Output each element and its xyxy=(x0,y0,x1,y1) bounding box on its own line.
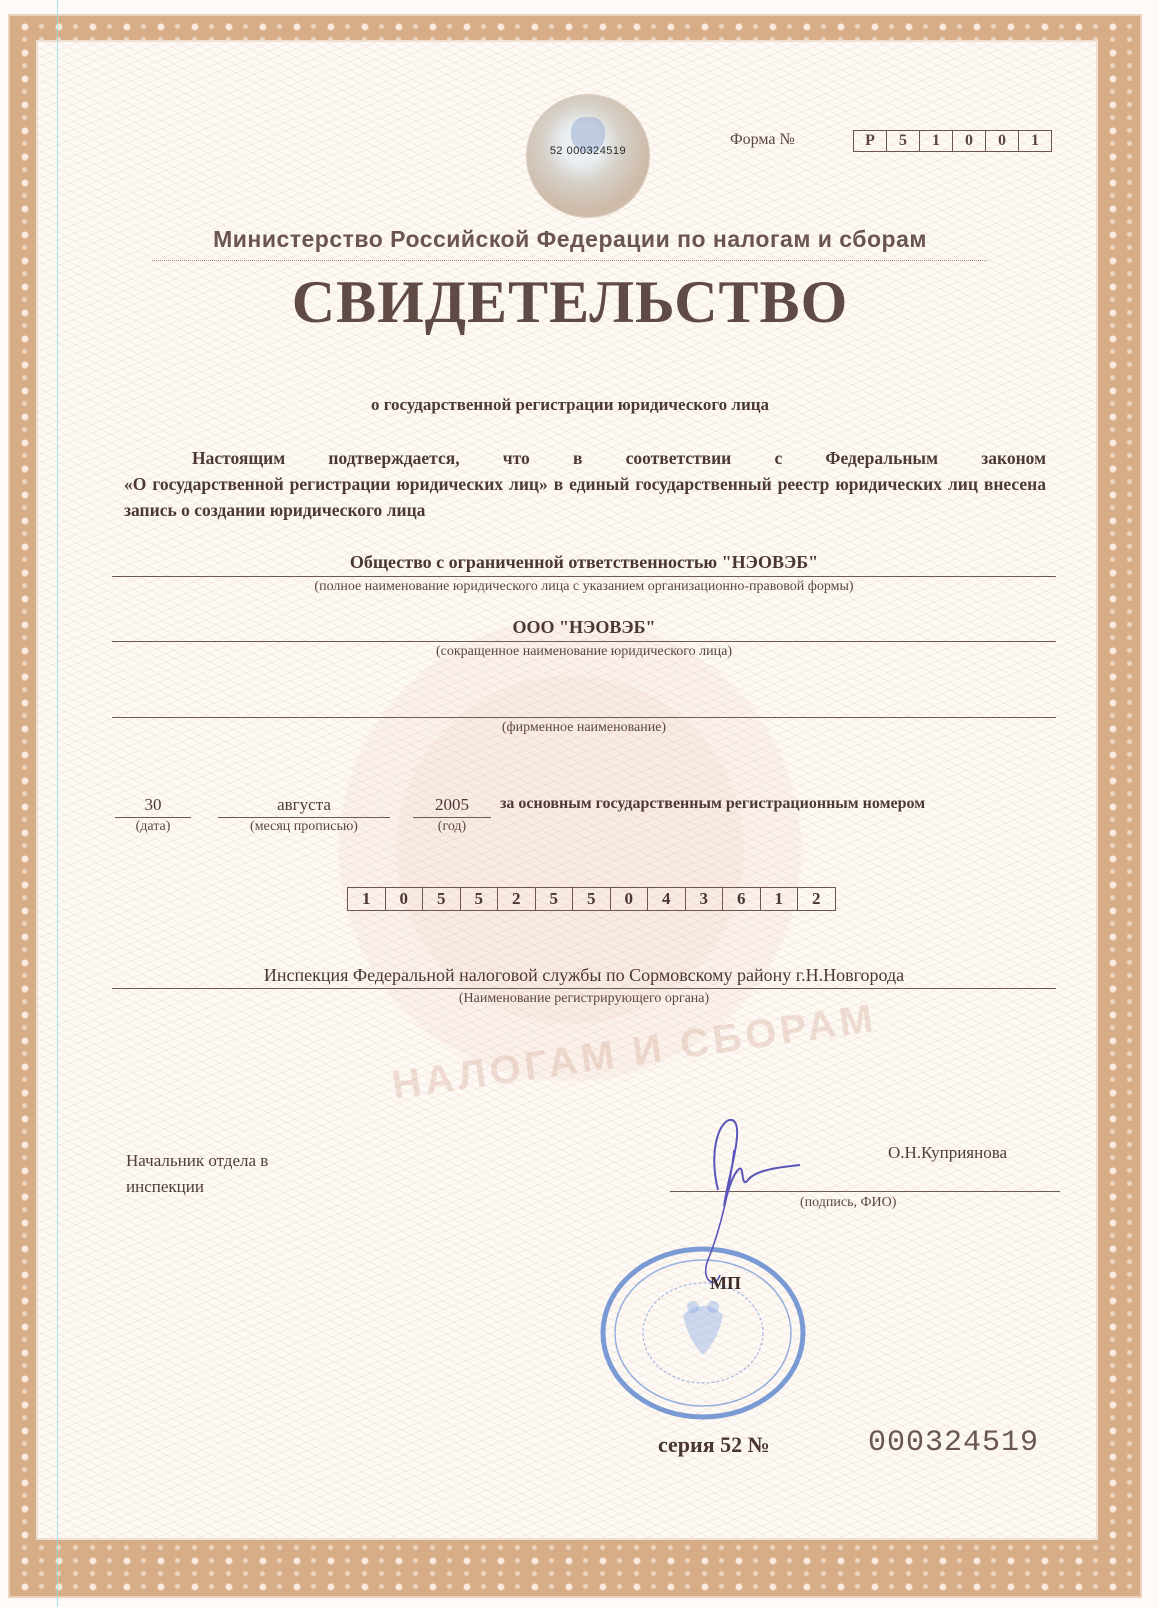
authority-name: Инспекция Федеральной налоговой службы п… xyxy=(112,965,1056,986)
ogrn-digit: 5 xyxy=(423,888,461,910)
ogrn-digit: 4 xyxy=(648,888,686,910)
date-month: августа (месяц прописью) xyxy=(218,795,390,835)
ministry-heading: Министерство Российской Федерации по нал… xyxy=(110,226,1030,253)
form-code-boxes: Р 5 1 0 0 1 xyxy=(853,130,1052,152)
month-value: августа xyxy=(218,795,390,815)
year-line xyxy=(413,817,491,818)
short-name-caption: (сокращенное наименование юридического л… xyxy=(112,644,1056,660)
series-label: серия 52 № xyxy=(658,1432,770,1458)
ogrn-digit: 2 xyxy=(498,888,536,910)
ogrn-digit: 2 xyxy=(798,888,835,910)
year-value: 2005 xyxy=(413,795,491,815)
date-year: 2005 (год) xyxy=(413,795,491,835)
full-name-field: Общество с ограниченной ответственностью… xyxy=(112,552,1056,595)
series-number: 000324519 xyxy=(868,1426,1039,1460)
year-caption: (год) xyxy=(413,819,491,835)
date-day: 30 (дата) xyxy=(115,795,191,835)
position-line-2: инспекции xyxy=(126,1174,268,1200)
position-line-1: Начальник отдела в xyxy=(126,1148,268,1174)
registering-authority: Инспекция Федеральной налоговой службы п… xyxy=(112,965,1056,1007)
brand-name-value xyxy=(112,693,1056,715)
ogrn-digit: 5 xyxy=(536,888,574,910)
ogrn-digit: 5 xyxy=(573,888,611,910)
signer-position: Начальник отдела в инспекции xyxy=(126,1148,268,1200)
month-caption: (месяц прописью) xyxy=(218,819,390,835)
ogrn-boxes: 1 0 5 5 2 5 5 0 4 3 6 1 2 xyxy=(347,887,836,911)
document-title: СВИДЕТЕЛЬСТВО xyxy=(100,268,1040,337)
short-name-line xyxy=(112,641,1056,642)
month-line xyxy=(218,817,390,818)
ogrn-digit: 1 xyxy=(348,888,386,910)
form-code-char: 1 xyxy=(1019,131,1051,151)
brand-name-caption: (фирменное наименование) xyxy=(112,720,1056,736)
ogrn-digit: 6 xyxy=(723,888,761,910)
brand-name-line xyxy=(112,717,1056,718)
signature-icon xyxy=(690,1110,810,1310)
signer-name: О.Н.Куприянова xyxy=(888,1143,1007,1163)
ogrn-digit: 5 xyxy=(461,888,499,910)
ogrn-digit: 0 xyxy=(386,888,424,910)
document-subtitle: о государственной регистрации юридическо… xyxy=(100,395,1040,415)
form-code-char: 5 xyxy=(887,131,920,151)
full-name-line xyxy=(112,576,1056,577)
form-code-char: Р xyxy=(854,131,887,151)
ogrn-label: за основным государственным регистрацион… xyxy=(500,795,925,813)
day-caption: (дата) xyxy=(115,819,191,835)
intro-rest: «О государственной регистрации юридическ… xyxy=(124,471,1046,523)
signature-caption: (подпись, ФИО) xyxy=(800,1195,896,1211)
form-code-char: 0 xyxy=(986,131,1019,151)
day-line xyxy=(115,817,191,818)
form-code-char: 1 xyxy=(920,131,953,151)
stamp-placeholder-label: МП xyxy=(710,1273,741,1294)
form-code-char: 0 xyxy=(953,131,986,151)
authority-line xyxy=(112,988,1056,989)
hologram-sticker: 52 000324519 xyxy=(527,95,649,217)
certificate-sheet: НАЛОГАМ И СБОРАМ 52 000324519 Форма № Р … xyxy=(0,0,1158,1607)
intro-line-1: Настоящим подтверждается, что в соответс… xyxy=(124,445,1046,471)
hologram-number: 52 000324519 xyxy=(527,145,649,157)
brand-name-field: (фирменное наименование) xyxy=(112,693,1056,736)
short-name-field: ООО "НЭОВЭБ" (сокращенное наименование ю… xyxy=(112,617,1056,660)
ogrn-digit: 1 xyxy=(761,888,799,910)
intro-paragraph: Настоящим подтверждается, что в соответс… xyxy=(124,445,1046,523)
short-name-value: ООО "НЭОВЭБ" xyxy=(112,617,1056,639)
full-name-value: Общество с ограниченной ответственностью… xyxy=(112,552,1056,574)
day-value: 30 xyxy=(115,795,191,815)
ogrn-digit: 0 xyxy=(611,888,649,910)
full-name-caption: (полное наименование юридического лица с… xyxy=(112,579,1056,595)
authority-caption: (Наименование регистрирующего органа) xyxy=(112,991,1056,1007)
ogrn-digit: 3 xyxy=(686,888,724,910)
form-label: Форма № xyxy=(730,131,795,149)
ministry-divider xyxy=(152,260,987,261)
scan-artifact-line xyxy=(57,0,58,1607)
